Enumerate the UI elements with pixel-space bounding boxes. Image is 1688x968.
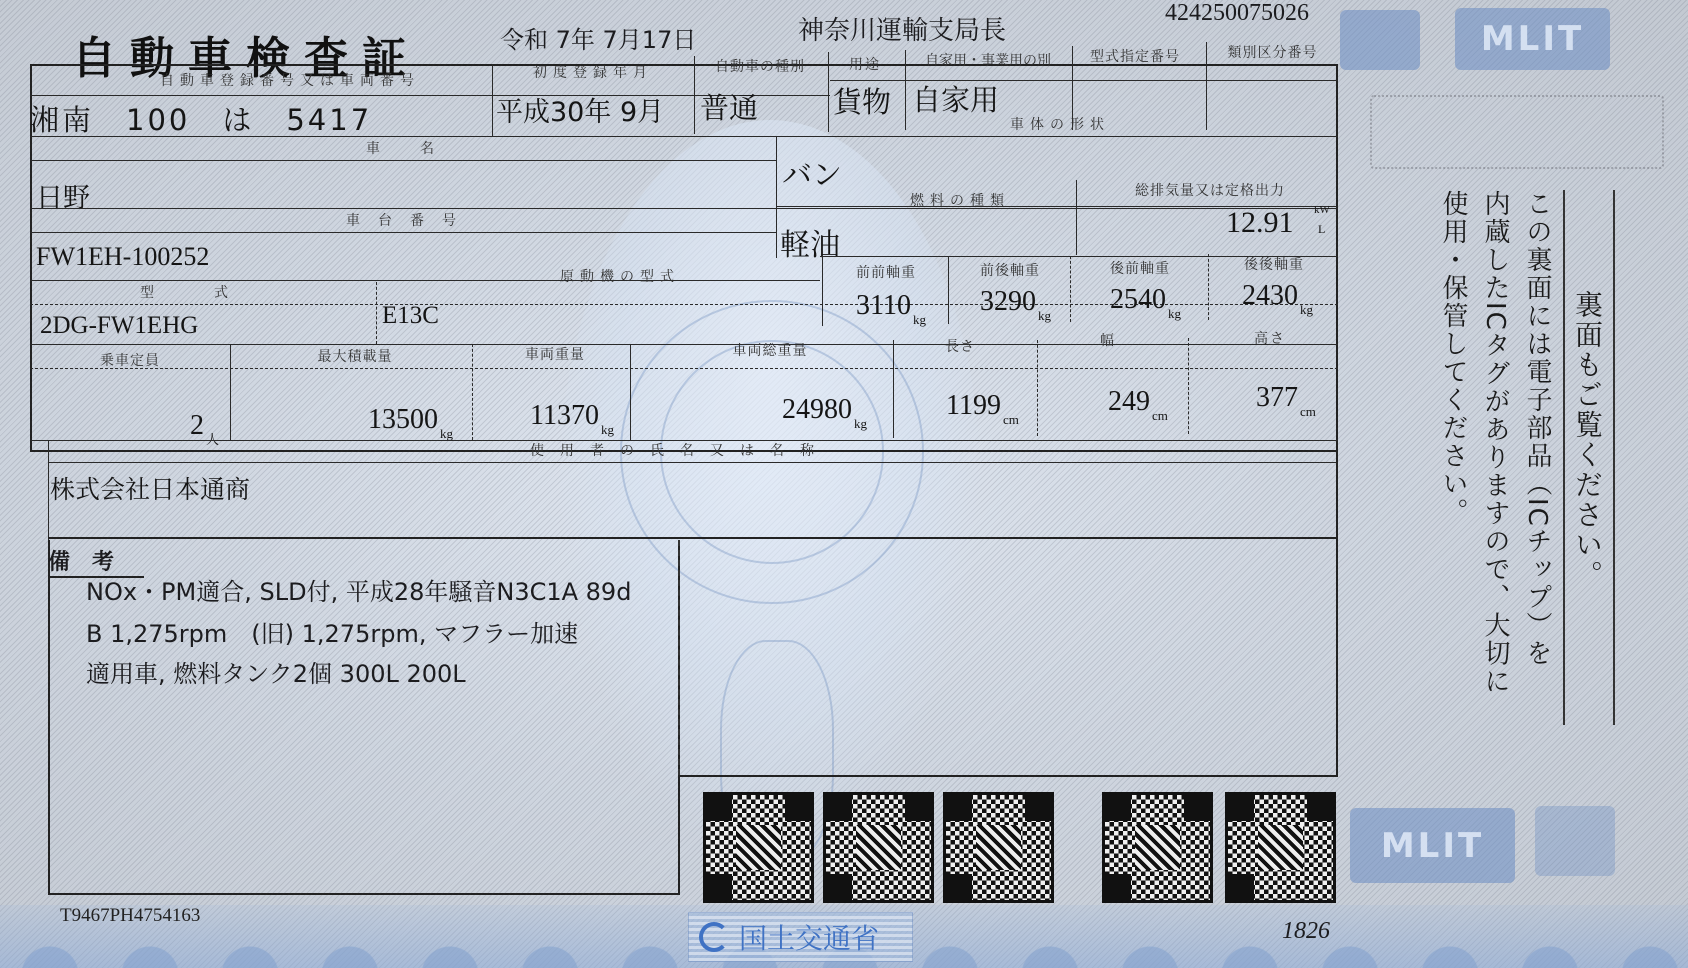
qr-panel-border — [680, 775, 1338, 777]
label-vehicle-name: 車名 — [300, 138, 540, 158]
mlit-watermark-top-left — [1340, 10, 1420, 70]
divider — [905, 50, 906, 130]
vehicle-weight: 11370kg — [530, 400, 614, 438]
qr-code-4 — [1105, 795, 1210, 900]
divider — [376, 282, 377, 344]
displacement-unit-kw: kW — [1314, 204, 1330, 216]
label-gross-weight: 車両総重量 — [700, 340, 840, 360]
max-load: 13500kg — [368, 404, 453, 442]
divider — [230, 344, 231, 440]
width: 249cm — [1108, 386, 1168, 424]
label-displacement: 総排気量又は定格出力 — [1090, 180, 1330, 200]
remark-line: B 1,275rpm (旧) 1,275rpm, マフラー加速 — [86, 614, 578, 649]
vehicle-name: 日野 — [36, 176, 90, 215]
divider — [30, 368, 1338, 369]
axle-weight-front-front: 3110kg — [856, 290, 926, 328]
remark-line: 適用車, 燃料タンク2個 300L 200L — [86, 654, 466, 689]
capacity: 2人 — [190, 410, 219, 448]
label-capacity: 乗車定員 — [60, 350, 200, 370]
height: 377cm — [1256, 382, 1316, 420]
axle-weight-front-rear: 3290kg — [980, 286, 1051, 324]
label-axle-rear-rear: 後後軸重 — [1212, 254, 1336, 274]
label-height: 高さ — [1230, 328, 1310, 348]
label-width: 幅 — [1080, 330, 1140, 350]
divider — [893, 340, 894, 438]
label-engine-model: 原動機の型式 — [520, 266, 720, 286]
private-business: 自家用 — [912, 78, 999, 119]
label-first-registration: 初度登録年月 — [493, 62, 693, 82]
divider — [694, 56, 695, 134]
mlit-logo-icon — [699, 922, 729, 952]
divider — [492, 64, 493, 136]
displacement-unit-l: L — [1318, 222, 1325, 237]
divider — [48, 440, 49, 540]
notice-line: 内蔵したICタグがありますので、大切に — [1478, 190, 1512, 696]
issue-date: 令和 7年 7月17日 — [500, 20, 696, 55]
first-registration: 平成30年 9月 — [496, 90, 664, 129]
user-name: 株式会社日本通商 — [50, 470, 250, 506]
ministry-name: 国土交通省 — [739, 917, 879, 957]
label-user-name: 使用者の氏名又は名称 — [510, 440, 850, 460]
notice-line: 使用・保管してください。 — [1436, 190, 1470, 526]
label-fuel-type: 燃料の種類 — [860, 190, 1060, 210]
label-private-business: 自家用・事業用の別 — [908, 50, 1068, 70]
divider — [830, 80, 1338, 81]
label-type-designation: 型式指定番号 — [1075, 46, 1195, 66]
engine-model: E13C — [382, 302, 439, 330]
remarks-top-border — [48, 537, 1338, 539]
label-axle-rear-front: 後前軸重 — [1076, 258, 1204, 278]
divider — [30, 344, 1338, 345]
label-model: 型式 — [140, 282, 280, 302]
ministry-badge: 国土交通省 — [688, 912, 913, 962]
remarks-divider — [678, 540, 680, 775]
length: 1199cm — [946, 390, 1019, 428]
qr-code-1 — [706, 795, 811, 900]
label-axle-front-front: 前前軸重 — [828, 262, 944, 282]
divider — [828, 52, 829, 132]
axle-weight-rear-rear: 2430kg — [1242, 280, 1313, 318]
divider — [1208, 254, 1209, 320]
divider — [30, 136, 1338, 137]
label-vehicle-class: 自動車の種別 — [700, 56, 820, 76]
divider — [822, 256, 823, 326]
divider — [1070, 256, 1071, 322]
mlit-watermark-bottom: MLIT — [1350, 808, 1515, 883]
divider — [48, 462, 1338, 463]
registration-number: 湘南 100 は 5417 — [30, 98, 372, 139]
divider — [1188, 338, 1189, 434]
divider — [630, 344, 631, 440]
issuer: 神奈川運輸支局長 — [798, 10, 1006, 47]
usage: 貨物 — [833, 80, 891, 121]
divider — [1076, 180, 1077, 255]
label-category-number: 類別区分番号 — [1210, 42, 1335, 62]
remark-line: NOx・PM適合, SLD付, 平成28年騒音N3C1A 89d — [86, 572, 631, 607]
divider — [776, 136, 777, 258]
label-vehicle-weight: 車両重量 — [490, 344, 620, 364]
fuel-type: 軽油 — [780, 220, 840, 264]
gross-weight: 24980kg — [782, 394, 867, 432]
notice-boxed: 裏面もご覧ください。 — [1570, 290, 1604, 590]
mlit-watermark-top: MLIT — [1455, 8, 1610, 70]
divider — [472, 344, 473, 440]
qr-code-3 — [946, 795, 1051, 900]
chassis-number: FW1EH-100252 — [36, 242, 209, 272]
model: 2DG-FW1EHG — [40, 312, 198, 340]
divider — [1037, 340, 1038, 436]
form-serial: T9467PH4754163 — [60, 905, 200, 927]
divider — [30, 160, 776, 161]
divider — [1206, 42, 1207, 130]
label-axle-front-rear: 前後軸重 — [952, 260, 1068, 280]
divider — [948, 256, 949, 324]
label-max-load: 最大積載量 — [280, 346, 430, 366]
displacement: 12.91 kW L — [1226, 206, 1294, 240]
qr-panel-border — [1336, 450, 1338, 777]
label-chassis-number: 車台番号 — [310, 210, 510, 230]
mlit-watermark-bottom-right — [1535, 806, 1615, 876]
page-code: 1826 — [1282, 918, 1330, 945]
divider — [30, 208, 1338, 209]
label-usage: 用途 — [830, 54, 900, 74]
axle-weight-rear-front: 2540kg — [1110, 284, 1181, 322]
body-shape: バン — [782, 150, 842, 194]
displacement-value: 12.91 — [1226, 206, 1294, 239]
qr-code-2 — [826, 795, 931, 900]
divider — [30, 232, 776, 233]
label-registration-number: 自動車登録番号又は車両番号 — [80, 70, 500, 90]
label-body-shape: 車体の形状 — [960, 114, 1160, 134]
vehicle-class: 普通 — [700, 86, 758, 127]
certificate-number: 424250075026 — [1165, 0, 1309, 27]
label-length: 長さ — [920, 336, 1000, 356]
notice-line: この裏面には電子部品（ICチップ）を — [1520, 190, 1554, 668]
qr-code-5 — [1228, 795, 1333, 900]
security-hex-pattern — [1370, 95, 1664, 169]
